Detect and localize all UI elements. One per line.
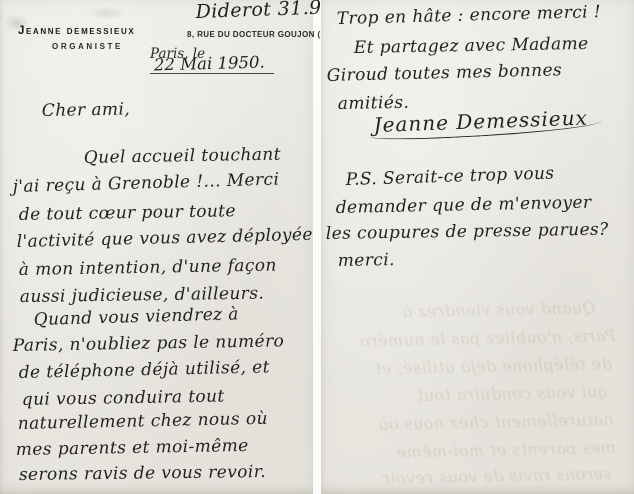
letter-scan: Jeanne Demessieux ORGANISTE Diderot 31.9…	[0, 0, 634, 494]
handwritten-line: qui vous conduira tout	[22, 386, 225, 410]
handwritten-line: de téléphone déjà utilisé, et	[19, 357, 271, 383]
salutation: Cher ami,	[42, 99, 131, 121]
letter-page-1: Jeanne Demessieux ORGANISTE Diderot 31.9…	[0, 0, 313, 494]
letterhead-name: Jeanne Demessieux	[18, 25, 135, 37]
handwritten-line: Et partagez avec Madame	[354, 34, 589, 58]
handwritten-line: Quand vous viendrez à	[33, 304, 239, 330]
letterhead-address: 8, RUE DU DOCTEUR GOUJON (XIIᵉ)	[187, 30, 338, 39]
paper-smudge	[86, 6, 126, 20]
letterhead-title: ORGANISTE	[52, 42, 123, 51]
handwritten-line: aussi judicieuse, d'ailleurs.	[20, 284, 265, 307]
handwritten-line: serons ravis de vous revoir.	[19, 462, 266, 485]
dateline-rule: 22 Mai 1950.	[150, 73, 274, 74]
handwritten-line: j'ai reçu à Grenoble !... Merci	[12, 170, 279, 197]
handwritten-line: l'activité que vous avez déployée	[17, 225, 314, 252]
handwritten-line: Quel accueil touchant	[84, 145, 281, 168]
handwritten-line: de tout cœur pour toute	[19, 201, 236, 225]
dateline: Paris, le22 Mai 1950.	[150, 46, 313, 78]
handwritten-phone: Diderot 31.92	[195, 0, 334, 23]
handwritten-line: Paris, n'oubliez pas le numéro	[13, 331, 285, 356]
handwritten-line: à mon intention, d'une façon	[19, 256, 277, 280]
handwritten-date: 22 Mai 1950.	[154, 53, 265, 75]
postscript-line: merci.	[338, 250, 395, 271]
handwritten-line: naturellement chez nous où	[18, 409, 268, 434]
handwritten-line: amitiés.	[338, 93, 410, 114]
handwritten-line: mes parents et moi-même	[16, 436, 249, 460]
